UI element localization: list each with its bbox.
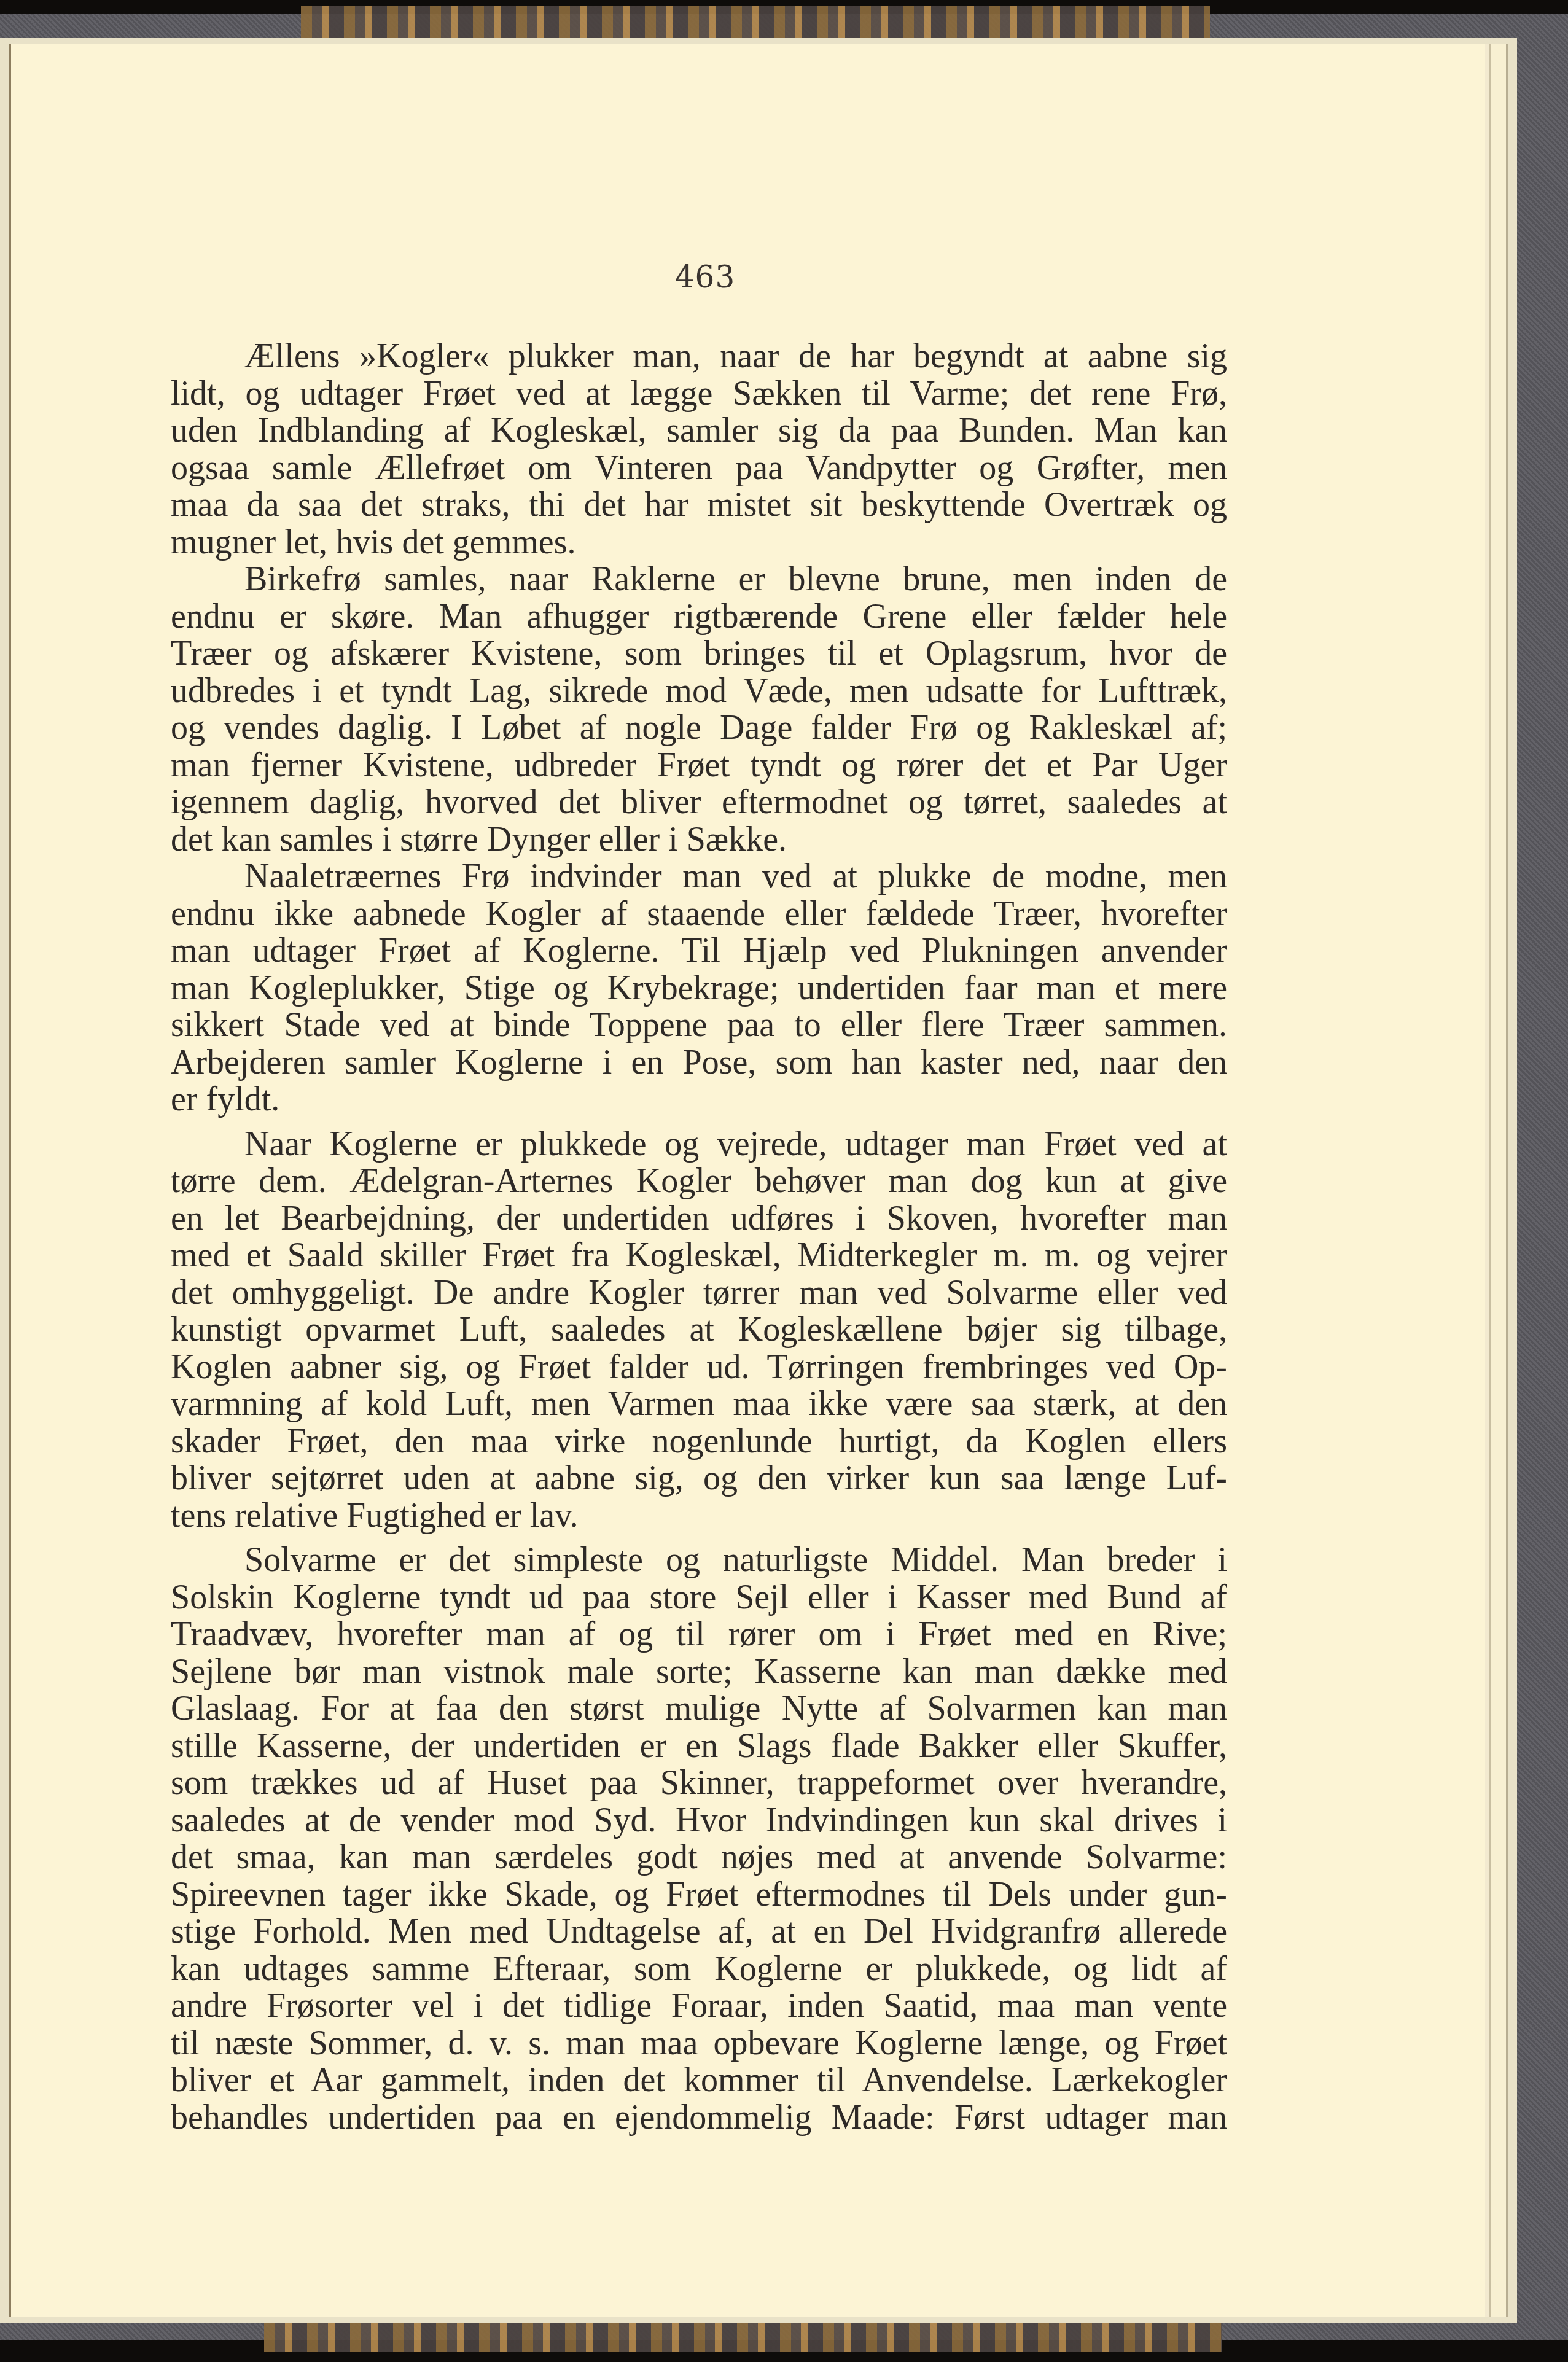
paragraph-birk: Birkefrø samles, naar Raklerne er blevne… bbox=[171, 561, 1227, 858]
text-line: en let Bearbejdning, der undertiden udfø… bbox=[171, 1200, 1227, 1238]
book-page: 463 Ællens »Kogler« plukker man, naar de… bbox=[9, 44, 1485, 2317]
text-line: bliver sejtørret uden at aabne sig, og d… bbox=[171, 1460, 1227, 1497]
text-line: man Kogleplukker, Stige og Krybekrage; u… bbox=[171, 970, 1227, 1007]
text-line: igennem daglig, hvorved det bliver efter… bbox=[171, 784, 1227, 821]
text-line: ogsaa samle Ællefrøet om Vinteren paa Va… bbox=[171, 450, 1227, 487]
text-line: lidt, og udtager Frøet ved at lægge Sækk… bbox=[171, 375, 1227, 413]
text-line: stige Forhold. Men med Undtagelse af, at… bbox=[171, 1913, 1227, 1951]
text-line: til næste Sommer, d. v. s. man maa opbev… bbox=[171, 2025, 1227, 2062]
text-line: varmning af kold Luft, men Varmen maa ik… bbox=[171, 1386, 1227, 1423]
paragraph-solvarme: Solvarme er det simpleste og naturligste… bbox=[171, 1542, 1227, 2136]
paragraph-toerring: Naar Koglerne er plukkede og vejrede, ud… bbox=[171, 1126, 1227, 1535]
text-line: skader Frøet, den maa virke nogenlunde h… bbox=[171, 1423, 1227, 1460]
paragraph-naaletraer: Naaletræernes Frø indvinder man ved at p… bbox=[171, 858, 1227, 1118]
body-text: Ællens »Kogler« plukker man, naar de har… bbox=[171, 338, 1227, 2136]
text-line: Træer og afskærer Kvistene, som bringes … bbox=[171, 635, 1227, 672]
text-line: Traadvæv, hvorefter man af og til rører … bbox=[171, 1616, 1227, 1653]
text-line: tørre dem. Ædelgran-Arternes Kogler behø… bbox=[171, 1163, 1227, 1200]
text-line: saaledes at de vender mod Syd. Hvor Indv… bbox=[171, 1802, 1227, 1839]
text-line: med et Saald skiller Frøet fra Kogleskæl… bbox=[171, 1237, 1227, 1274]
text-line: Naar Koglerne er plukkede og vejrede, ud… bbox=[171, 1126, 1227, 1163]
text-line: tens relative Fugtighed er lav. bbox=[171, 1497, 1227, 1535]
text-line: Ællens »Kogler« plukker man, naar de har… bbox=[171, 338, 1227, 375]
text-line: endnu ikke aabnede Kogler af staaende el… bbox=[171, 895, 1227, 933]
text-line: bliver et Aar gammelt, inden det kommer … bbox=[171, 2062, 1227, 2099]
text-line: man udtager Frøet af Koglerne. Til Hjælp… bbox=[171, 932, 1227, 970]
text-line: Spireevnen tager ikke Skade, og Frøet ef… bbox=[171, 1876, 1227, 1914]
text-line: Solvarme er det simpleste og naturligste… bbox=[171, 1542, 1227, 1579]
text-line: kan udtages samme Efteraar, som Koglerne… bbox=[171, 1951, 1227, 1988]
text-line: Glaslaag. For at faa den størst mulige N… bbox=[171, 1690, 1227, 1728]
text-line: uden Indblanding af Kogleskæl, samler si… bbox=[171, 412, 1227, 450]
text-line: det omhyggeligt. De andre Kogler tørrer … bbox=[171, 1274, 1227, 1312]
text-line: kunstigt opvarmet Luft, saaledes at Kogl… bbox=[171, 1311, 1227, 1349]
text-line: mugner let, hvis det gemmes. bbox=[171, 524, 1227, 561]
text-line: Sejlene bør man vistnok male sorte; Kass… bbox=[171, 1653, 1227, 1691]
text-line: det smaa, kan man særdeles godt nøjes me… bbox=[171, 1839, 1227, 1876]
text-line: Arbejderen samler Koglerne i en Pose, so… bbox=[171, 1044, 1227, 1082]
text-line: sikkert Stade ved at binde Toppene paa t… bbox=[171, 1007, 1227, 1044]
text-line: behandles undertiden paa en ejendommelig… bbox=[171, 2099, 1227, 2137]
text-line: og vendes daglig. I Løbet af nogle Dage … bbox=[171, 709, 1227, 747]
text-line: Solskin Koglerne tyndt ud paa store Sejl… bbox=[171, 1579, 1227, 1616]
text-line: er fyldt. bbox=[171, 1081, 1227, 1118]
text-line: Birkefrø samles, naar Raklerne er blevne… bbox=[171, 561, 1227, 598]
text-line: maa da saa det straks, thi det har miste… bbox=[171, 486, 1227, 524]
text-line: det kan samles i større Dynger eller i S… bbox=[171, 821, 1227, 859]
text-line: Naaletræernes Frø indvinder man ved at p… bbox=[171, 858, 1227, 895]
text-line: endnu er skøre. Man afhugger rigtbærende… bbox=[171, 598, 1227, 636]
page-number: 463 bbox=[11, 259, 1399, 295]
text-line: udbredes i et tyndt Lag, sikrede mod Væd… bbox=[171, 672, 1227, 710]
text-line: man fjerner Kvistene, udbreder Frøet tyn… bbox=[171, 747, 1227, 784]
text-line: som trækkes ud af Huset paa Skinner, tra… bbox=[171, 1764, 1227, 1802]
text-line: andre Frøsorter vel i det tidlige Foraar… bbox=[171, 1987, 1227, 2025]
text-line: Koglen aabner sig, og Frøet falder ud. T… bbox=[171, 1349, 1227, 1386]
paragraph-aelle: Ællens »Kogler« plukker man, naar de har… bbox=[171, 338, 1227, 561]
text-line: stille Kasserne, der undertiden er en Sl… bbox=[171, 1728, 1227, 1765]
